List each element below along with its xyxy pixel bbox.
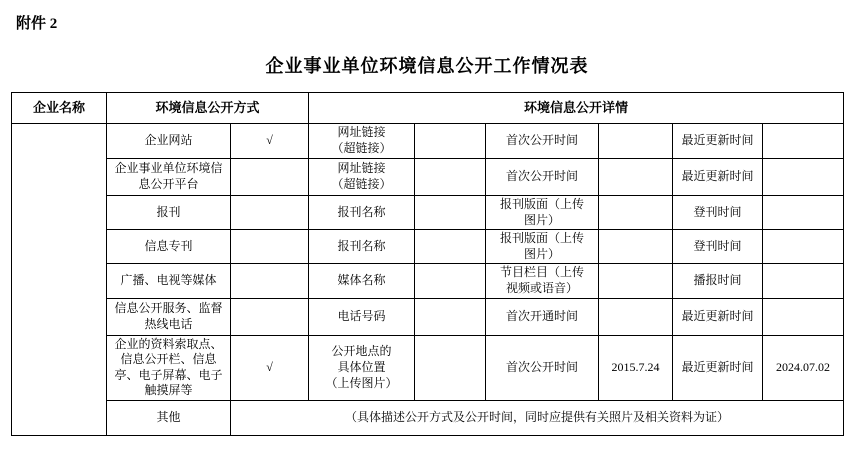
field-value-cell: [415, 335, 486, 400]
method-cell: 企业网站: [107, 124, 231, 159]
table-row: 企业网站 √ 网址链接 （超链接） 首次公开时间 最近更新时间: [12, 124, 844, 159]
field-label-cell: 登刊时间: [673, 196, 763, 230]
method-check-cell: √: [231, 124, 309, 159]
field-value-cell: [599, 230, 673, 264]
method-check-cell: [231, 196, 309, 230]
method-cell: 信息专刊: [107, 230, 231, 264]
field-label-cell: 电话号码: [309, 298, 415, 335]
method-check-cell: [231, 264, 309, 298]
field-label-cell: 报刊版面（上传 图片）: [486, 230, 599, 264]
field-value-cell: [763, 159, 844, 196]
page-title: 企业事业单位环境信息公开工作情况表: [0, 52, 854, 78]
field-value-cell: [763, 230, 844, 264]
field-label-cell: 网址链接 （超链接）: [309, 159, 415, 196]
table-row: 信息专刊 报刊名称 报刊版面（上传 图片） 登刊时间: [12, 230, 844, 264]
field-label-cell: 网址链接 （超链接）: [309, 124, 415, 159]
field-value-cell: [599, 298, 673, 335]
method-check-cell: √: [231, 335, 309, 400]
field-label-cell: 首次公开时间: [486, 124, 599, 159]
field-value-cell: [599, 124, 673, 159]
field-value-cell: [599, 264, 673, 298]
field-value-cell: [415, 264, 486, 298]
method-check-cell: [231, 230, 309, 264]
method-check-cell: [231, 298, 309, 335]
table-row: 报刊 报刊名称 报刊版面（上传 图片） 登刊时间: [12, 196, 844, 230]
header-disclosure-method: 环境信息公开方式: [107, 93, 309, 124]
field-label-cell: 首次公开时间: [486, 159, 599, 196]
table-row: 企业事业单位环境信息公开平台 网址链接 （超链接） 首次公开时间 最近更新时间: [12, 159, 844, 196]
company-name-value-cell: [12, 124, 107, 436]
field-label-cell: 报刊名称: [309, 196, 415, 230]
attachment-label: 附件 2: [16, 12, 57, 33]
field-value-cell: 2024.07.02: [763, 335, 844, 400]
table-row: 企业的资料索取点、信息公开栏、信息亭、电子屏幕、电子触摸屏等 √ 公开地点的 具…: [12, 335, 844, 400]
method-cell: 企业事业单位环境信息公开平台: [107, 159, 231, 196]
table-row: 广播、电视等媒体 媒体名称 节目栏目（上传 视频或语音） 播报时间: [12, 264, 844, 298]
other-note-cell: （具体描述公开方式及公开时间，同时应提供有关照片及相关资料为证）: [231, 400, 844, 435]
field-label-cell: 最近更新时间: [673, 124, 763, 159]
field-value-cell: [763, 298, 844, 335]
field-value-cell: [599, 159, 673, 196]
header-company-name: 企业名称: [12, 93, 107, 124]
header-disclosure-details: 环境信息公开详情: [309, 93, 844, 124]
field-value-cell: [415, 196, 486, 230]
method-cell: 企业的资料索取点、信息公开栏、信息亭、电子屏幕、电子触摸屏等: [107, 335, 231, 400]
field-label-cell: 最近更新时间: [673, 335, 763, 400]
field-label-cell: 公开地点的 具体位置 （上传图片）: [309, 335, 415, 400]
field-label-cell: 最近更新时间: [673, 159, 763, 196]
table-header-row: 企业名称 环境信息公开方式 环境信息公开详情: [12, 93, 844, 124]
field-value-cell: [763, 124, 844, 159]
field-label-cell: 首次开通时间: [486, 298, 599, 335]
method-cell: 其他: [107, 400, 231, 435]
field-label-cell: 播报时间: [673, 264, 763, 298]
method-check-cell: [231, 159, 309, 196]
field-value-cell: [415, 159, 486, 196]
field-value-cell: [415, 230, 486, 264]
field-value-cell: [599, 196, 673, 230]
field-value-cell: 2015.7.24: [599, 335, 673, 400]
method-cell: 报刊: [107, 196, 231, 230]
disclosure-table: 企业名称 环境信息公开方式 环境信息公开详情 企业网站 √ 网址链接 （超链接）…: [11, 92, 844, 436]
field-value-cell: [763, 264, 844, 298]
field-label-cell: 媒体名称: [309, 264, 415, 298]
field-label-cell: 报刊名称: [309, 230, 415, 264]
method-cell: 信息公开服务、监督热线电话: [107, 298, 231, 335]
method-cell: 广播、电视等媒体: [107, 264, 231, 298]
field-label-cell: 首次公开时间: [486, 335, 599, 400]
field-label-cell: 登刊时间: [673, 230, 763, 264]
table-row-other: 其他 （具体描述公开方式及公开时间，同时应提供有关照片及相关资料为证）: [12, 400, 844, 435]
table-row: 信息公开服务、监督热线电话 电话号码 首次开通时间 最近更新时间: [12, 298, 844, 335]
field-value-cell: [415, 298, 486, 335]
document-page: 附件 2 企业事业单位环境信息公开工作情况表 企业名称 环境信息公开方式 环境信…: [0, 0, 854, 463]
field-label-cell: 节目栏目（上传 视频或语音）: [486, 264, 599, 298]
field-label-cell: 报刊版面（上传 图片）: [486, 196, 599, 230]
field-label-cell: 最近更新时间: [673, 298, 763, 335]
field-value-cell: [763, 196, 844, 230]
field-value-cell: [415, 124, 486, 159]
